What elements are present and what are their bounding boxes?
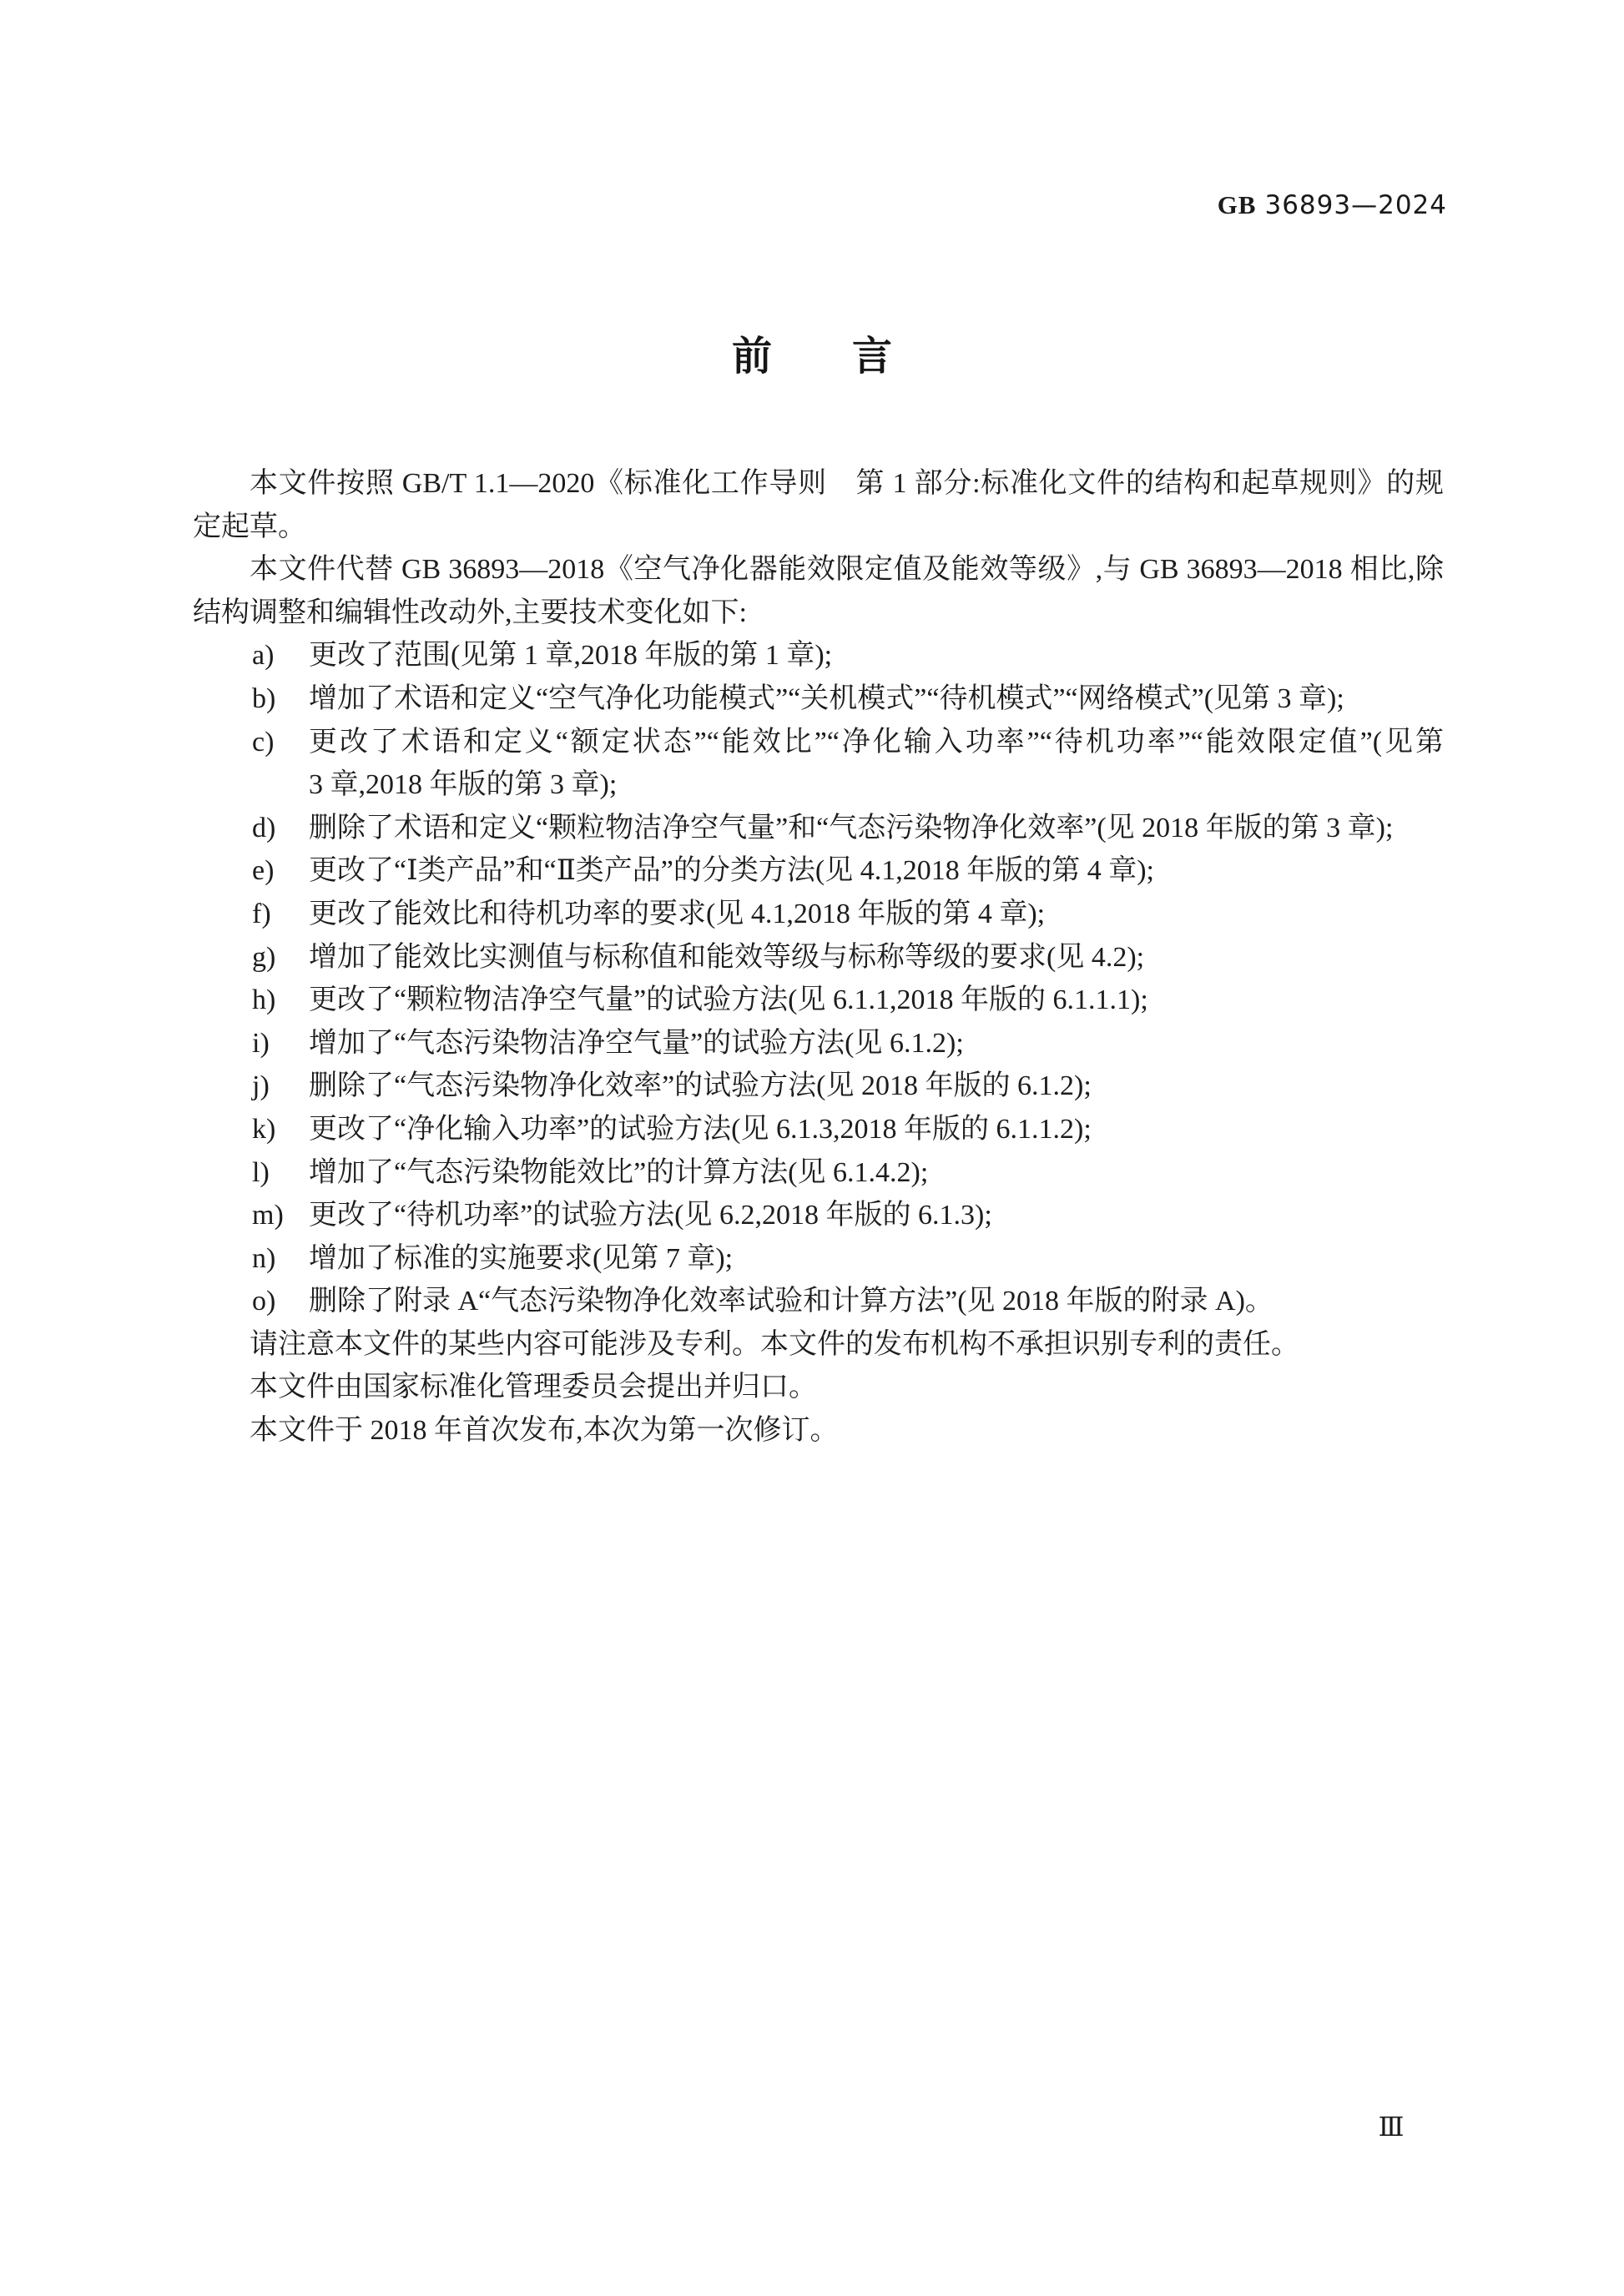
- item-label: e): [252, 849, 309, 893]
- item-text: 增加了能效比实测值与标称值和能效等级与标称等级的要求(见 4.2);: [309, 942, 1144, 973]
- change-list-item: c) 更改了术语和定义“额定状态”“能效比”“净化输入功率”“待机功率”“能效限…: [193, 721, 1444, 807]
- change-list-item: d) 删除了术语和定义“颗粒物洁净空气量”和“气态污染物净化效率”(见 2018…: [193, 807, 1444, 850]
- item-text: 3 章,2018 年版的第 3 章);: [309, 763, 1444, 807]
- item-label: d): [252, 807, 309, 850]
- closing-paragraph: 请注意本文件的某些内容可能涉及专利。本文件的发布机构不承担识别专利的责任。: [193, 1323, 1444, 1367]
- change-list-item: f) 更改了能效比和待机功率的要求(见 4.1,2018 年版的第 4 章);: [193, 893, 1444, 936]
- item-text: 增加了术语和定义“空气净化功能模式”“关机模式”“待机模式”“网络模式”(见第 …: [309, 683, 1344, 714]
- standard-code-number: 36893—2024: [1264, 190, 1447, 220]
- closing-paragraph: 本文件由国家标准化管理委员会提出并归口。: [193, 1366, 1444, 1409]
- item-label: j): [252, 1065, 309, 1108]
- change-list-item: l) 增加了“气态污染物能效比”的计算方法(见 6.1.4.2);: [193, 1151, 1444, 1195]
- change-list-item: k) 更改了“净化输入功率”的试验方法(见 6.1.3,2018 年版的 6.1…: [193, 1108, 1444, 1151]
- document-page: GB36893—2024 前 言 本文件按照 GB/T 1.1—2020《标准化…: [0, 0, 1624, 2296]
- item-label: k): [252, 1108, 309, 1151]
- item-label: f): [252, 893, 309, 936]
- change-list-item: o) 删除了附录 A“气态污染物净化效率试验和计算方法”(见 2018 年版的附…: [193, 1280, 1444, 1323]
- change-list-item: m) 更改了“待机功率”的试验方法(见 6.2,2018 年版的 6.1.3);: [193, 1194, 1444, 1237]
- standard-code: GB36893—2024: [1218, 190, 1447, 220]
- item-label: l): [252, 1151, 309, 1195]
- change-list-item: h) 更改了“颗粒物洁净空气量”的试验方法(见 6.1.1,2018 年版的 6…: [193, 979, 1444, 1022]
- item-label: m): [252, 1194, 309, 1237]
- item-text: 更改了术语和定义“额定状态”“能效比”“净化输入功率”“待机功率”“能效限定值”…: [309, 721, 1444, 764]
- item-text: 更改了“颗粒物洁净空气量”的试验方法(见 6.1.1,2018 年版的 6.1.…: [309, 984, 1148, 1015]
- item-label: a): [252, 634, 309, 677]
- change-list-item: a) 更改了范围(见第 1 章,2018 年版的第 1 章);: [193, 634, 1444, 677]
- standard-code-prefix: GB: [1218, 190, 1257, 219]
- paragraph-line: 定起草。: [193, 506, 1444, 549]
- item-label: i): [252, 1022, 309, 1065]
- item-text: 删除了术语和定义“颗粒物洁净空气量”和“气态污染物净化效率”(见 2018 年版…: [309, 813, 1393, 843]
- item-text: 删除了附录 A“气态污染物净化效率试验和计算方法”(见 2018 年版的附录 A…: [309, 1286, 1273, 1317]
- item-label: o): [252, 1280, 309, 1323]
- item-label: n): [252, 1237, 309, 1281]
- item-label: g): [252, 936, 309, 979]
- item-text: 增加了标准的实施要求(见第 7 章);: [309, 1243, 733, 1274]
- item-text: 更改了能效比和待机功率的要求(见 4.1,2018 年版的第 4 章);: [309, 899, 1045, 929]
- change-list-item: i) 增加了“气态污染物洁净空气量”的试验方法(见 6.1.2);: [193, 1022, 1444, 1065]
- change-list-item: e) 更改了“Ⅰ类产品”和“Ⅱ类产品”的分类方法(见 4.1,2018 年版的第…: [193, 849, 1444, 893]
- change-list-item: g) 增加了能效比实测值与标称值和能效等级与标称等级的要求(见 4.2);: [193, 936, 1444, 979]
- paragraph-line: 本文件代替 GB 36893—2018《空气净化器能效限定值及能效等级》,与 G…: [193, 548, 1444, 592]
- item-label: h): [252, 979, 309, 1022]
- foreword-body: 本文件按照 GB/T 1.1—2020《标准化工作导则 第 1 部分:标准化文件…: [193, 462, 1444, 1453]
- item-text: 删除了“气态污染物净化效率”的试验方法(见 2018 年版的 6.1.2);: [309, 1070, 1092, 1101]
- paragraph-line: 本文件按照 GB/T 1.1—2020《标准化工作导则 第 1 部分:标准化文件…: [193, 462, 1444, 506]
- item-label: b): [252, 677, 309, 721]
- page-number: Ⅲ: [1373, 2111, 1410, 2142]
- change-list-item: n) 增加了标准的实施要求(见第 7 章);: [193, 1237, 1444, 1281]
- item-text: 增加了“气态污染物洁净空气量”的试验方法(见 6.1.2);: [309, 1028, 964, 1059]
- closing-paragraph: 本文件于 2018 年首次发布,本次为第一次修订。: [193, 1409, 1444, 1453]
- item-text: 更改了“净化输入功率”的试验方法(见 6.1.3,2018 年版的 6.1.1.…: [309, 1114, 1092, 1145]
- item-text: 增加了“气态污染物能效比”的计算方法(见 6.1.4.2);: [309, 1157, 928, 1188]
- item-text: 更改了“Ⅰ类产品”和“Ⅱ类产品”的分类方法(见 4.1,2018 年版的第 4 …: [309, 855, 1154, 886]
- page-title: 前 言: [0, 335, 1624, 379]
- change-list-item: j) 删除了“气态污染物净化效率”的试验方法(见 2018 年版的 6.1.2)…: [193, 1065, 1444, 1108]
- item-label: c): [252, 721, 309, 807]
- change-list-item: b) 增加了术语和定义“空气净化功能模式”“关机模式”“待机模式”“网络模式”(…: [193, 677, 1444, 721]
- item-text: 更改了“待机功率”的试验方法(见 6.2,2018 年版的 6.1.3);: [309, 1200, 992, 1231]
- item-text: 更改了范围(见第 1 章,2018 年版的第 1 章);: [309, 640, 832, 671]
- paragraph-line: 结构调整和编辑性改动外,主要技术变化如下:: [193, 592, 1444, 635]
